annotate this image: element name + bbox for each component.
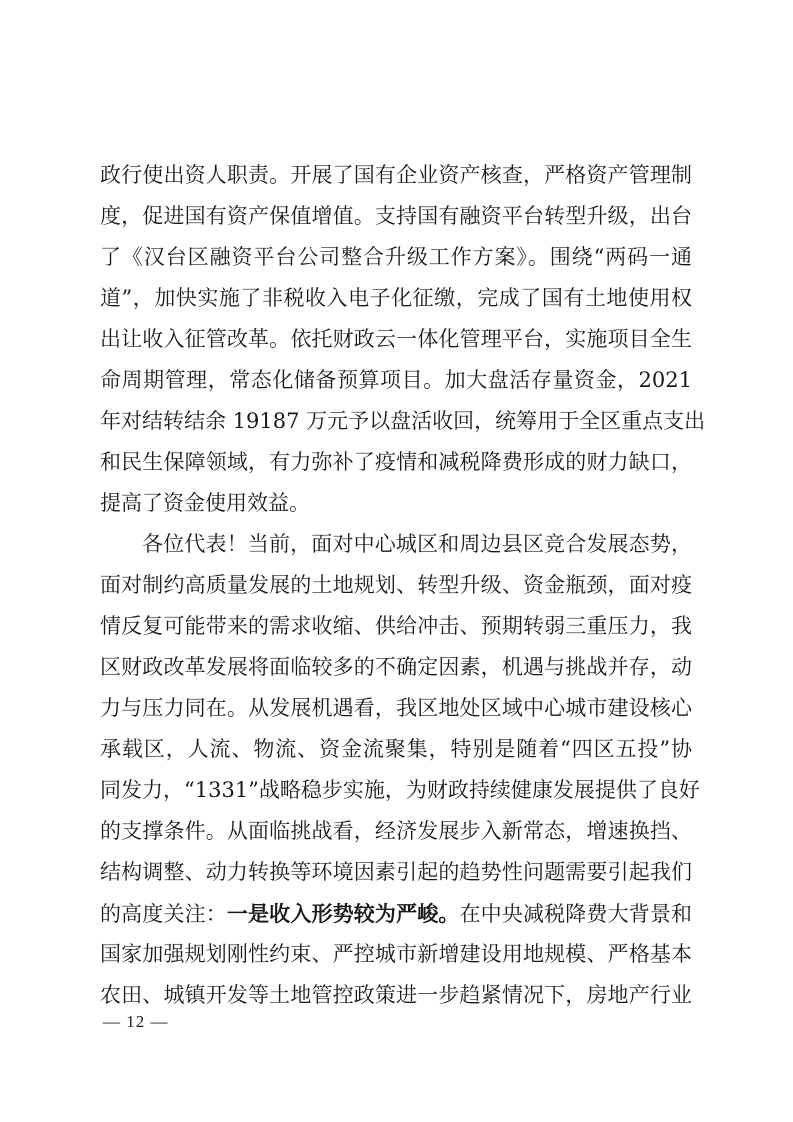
text-line: 情反复可能带来的需求收缩、供给冲击、预期转弱三重压力，我 [100,606,692,647]
text-line: 政行使出资人职责。开展了国有企业资产核查，严格资产管理制 [100,155,692,196]
text-line: 同发力，“1331”战略稳步实施，为财政持续健康发展提供了良好 [100,770,692,811]
text-line: 命周期管理，常态化储备预算项目。加大盘活存量资金，2021 [100,360,692,401]
paragraph-1: 政行使出资人职责。开展了国有企业资产核查，严格资产管理制 度，促进国有资产保值增… [100,155,692,524]
document-page: 政行使出资人职责。开展了国有企业资产核查，严格资产管理制 度，促进国有资产保值增… [0,0,793,1122]
text-segment: 的高度关注： [100,902,227,926]
text-line: 的支撑条件。从面临挑战看，经济发展步入新常态，增速换挡、 [100,811,692,852]
text-line: 提高了资金使用效益。 [100,483,692,524]
text-line: 了《汉台区融资平台公司整合升级工作方案》。围绕“两码一通 [100,237,692,278]
text-line: 出让收入征管改革。依托财政云一体化管理平台，实施项目全生 [100,319,692,360]
page-number: — 12 — [103,1012,169,1032]
text-line: 年对结转结余 19187 万元予以盘活收回，统筹用于全区重点支出 [100,401,692,442]
text-line: 承载区，人流、物流、资金流聚集，特别是随着“四区五投”协 [100,729,692,770]
text-line: 结构调整、动力转换等环境因素引起的趋势性问题需要引起我们 [100,852,692,893]
text-line-with-emphasis: 的高度关注：一是收入形势较为严峻。在中央减税降费大背景和 [100,893,692,934]
text-line: 和民生保障领域，有力弥补了疫情和减税降费形成的财力缺口， [100,442,692,483]
body-text: 政行使出资人职责。开展了国有企业资产核查，严格资产管理制 度，促进国有资产保值增… [100,155,692,1016]
text-line: 农田、城镇开发等土地管控政策进一步趋紧情况下，房地产行业 [100,975,692,1016]
text-line: 力与压力同在。从发展机遇看，我区地处区域中心城市建设核心 [100,688,692,729]
text-line: 度，促进国有资产保值增值。支持国有融资平台转型升级，出台 [100,196,692,237]
emphasis-heading: 一是收入形势较为严峻。 [227,901,460,926]
text-line: 各位代表！当前，面对中心城区和周边县区竞合发展态势， [100,524,692,565]
text-line: 面对制约高质量发展的土地规划、转型升级、资金瓶颈，面对疫 [100,565,692,606]
text-segment: 在中央减税降费大背景和 [460,902,692,926]
paragraph-2: 各位代表！当前，面对中心城区和周边县区竞合发展态势， 面对制约高质量发展的土地规… [100,524,692,1016]
text-line: 区财政改革发展将面临较多的不确定因素，机遇与挑战并存，动 [100,647,692,688]
text-line: 道”，加快实施了非税收入电子化征缴，完成了国有土地使用权 [100,278,692,319]
text-line: 国家加强规划刚性约束、严控城市新增建设用地规模、严格基本 [100,934,692,975]
